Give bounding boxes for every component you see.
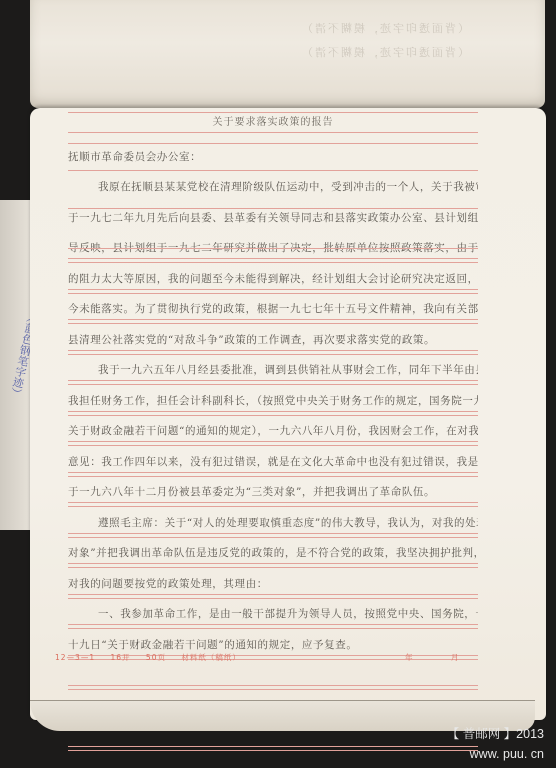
handwritten-line: 十九日“关于财政金融若干问题”的通知的规定，应予复查。: [68, 638, 478, 652]
watermark: 【 普邮网 】2013 www. puu. cn: [447, 724, 544, 764]
month-label: 月: [451, 653, 459, 662]
handwritten-line: 遵照毛主席：关于“对人的处理要取慎重态度”的伟大教导，我认为，对我的处理是定为“…: [68, 516, 478, 530]
print-size: 16开: [110, 653, 130, 662]
ruled-line: [68, 411, 478, 412]
ruled-line: [68, 563, 478, 564]
watermark-site: 【 普邮网 】2013: [447, 724, 544, 744]
ruled-line: [68, 472, 478, 473]
ghost-text-1: （背面透印字迹，模糊不清）: [300, 20, 469, 36]
ruled-line: [68, 248, 478, 249]
handwritten-line: 对我的问题要按党的政策处理，其理由：: [68, 577, 478, 591]
handwritten-line: 我担任财务工作，担任会计科副科长，（按照党中央关于财务工作的规定，国务院一九六二…: [68, 394, 478, 408]
handwritten-line: 今未能落实。为了贯彻执行党的政策，根据一九七七年十五号文件精神，我向有关部门要求…: [68, 302, 478, 316]
ruled-line: [68, 132, 478, 133]
ruled-line: [68, 441, 478, 442]
paper-print-info: 12—3—1 16开 50页 材料纸（稿纸）: [55, 652, 253, 663]
ruled-line: [68, 350, 478, 351]
handwritten-line: 对象”并把我调出革命队伍是违反党的政策的，是不符合党的政策，我坚决拥护批判，我要…: [68, 546, 478, 560]
ruled-line: [68, 143, 478, 144]
print-code: 12—3—1: [55, 653, 95, 662]
ruled-line: [68, 170, 478, 171]
document-page: 关于要求落实政策的报告 抚顺市革命委员会办公室： 我原在抚顺县某某党校在清理阶级…: [30, 108, 546, 720]
ruled-line: [68, 502, 478, 503]
watermark-url: www. puu. cn: [447, 744, 544, 764]
handwritten-line: 县清理公社落实党的“对敌斗争”政策的工作调查，再次要求落实党的政策。: [68, 333, 478, 347]
print-type: 材料纸（稿纸）: [181, 653, 241, 662]
ruled-line: [68, 289, 478, 290]
date-fields: 年 月: [405, 652, 494, 663]
handwritten-line: 一、我参加革命工作，是由一般干部提升为领导人员，按照党中央、国务院，一九六二年十…: [68, 607, 478, 621]
ruled-line: [68, 380, 478, 381]
year-label: 年: [405, 653, 413, 662]
ruled-line: [68, 533, 478, 534]
ruled-line: [68, 594, 478, 595]
handwritten-line: 我原在抚顺县某某党校在清理阶级队伍运动中，受到冲击的一个人，关于我被审查的情况: [68, 180, 478, 194]
ruled-line: [68, 112, 478, 113]
ghost-text-2: （背面透印字迹，模糊不清）: [300, 44, 469, 60]
ruled-area: 关于要求落实政策的报告 抚顺市革命委员会办公室： 我原在抚顺县某某党校在清理阶级…: [68, 108, 478, 720]
ruled-line: [68, 208, 478, 209]
ruled-line: [68, 258, 478, 259]
ruled-line: [68, 319, 478, 320]
ruled-line: [68, 685, 478, 686]
ruled-line: [68, 624, 478, 625]
previous-page-folded: （背面透印字迹，模糊不清） （背面透印字迹，模糊不清）: [30, 0, 545, 108]
side-paper-slip: （蓝色钢笔字迹）: [0, 200, 30, 530]
handwritten-line: 于一九六八年十二月份被县革委定为“三类对象”，并把我调出了革命队伍。: [68, 485, 478, 499]
salutation: 抚顺市革命委员会办公室：: [68, 150, 478, 164]
handwritten-line: 于一九七二年九月先后向县委、县革委有关领导同志和县落实政策办公室、县计划组、县工…: [68, 211, 478, 225]
handwritten-line: 我于一九六五年八月经县委批准，调到县供销社从事财会工作，同年下半年由县委组织部批…: [68, 363, 478, 377]
ruled-line: [68, 746, 478, 747]
handwritten-line: 的阻力太大等原因，我的问题至今未能得到解决，经计划组大会讨论研究决定返回，党的政…: [68, 272, 478, 286]
document-title: 关于要求落实政策的报告: [68, 116, 478, 130]
handwritten-line: 意见：我工作四年以来，没有犯过错误，就是在文化大革命中也没有犯过错误，我是干部，…: [68, 455, 478, 469]
handwritten-line: 关于财政金融若干问题“的通知的规定），一九六八年八月份，我因财会工作，在对我的审…: [68, 424, 478, 438]
print-pages: 50页: [146, 653, 166, 662]
